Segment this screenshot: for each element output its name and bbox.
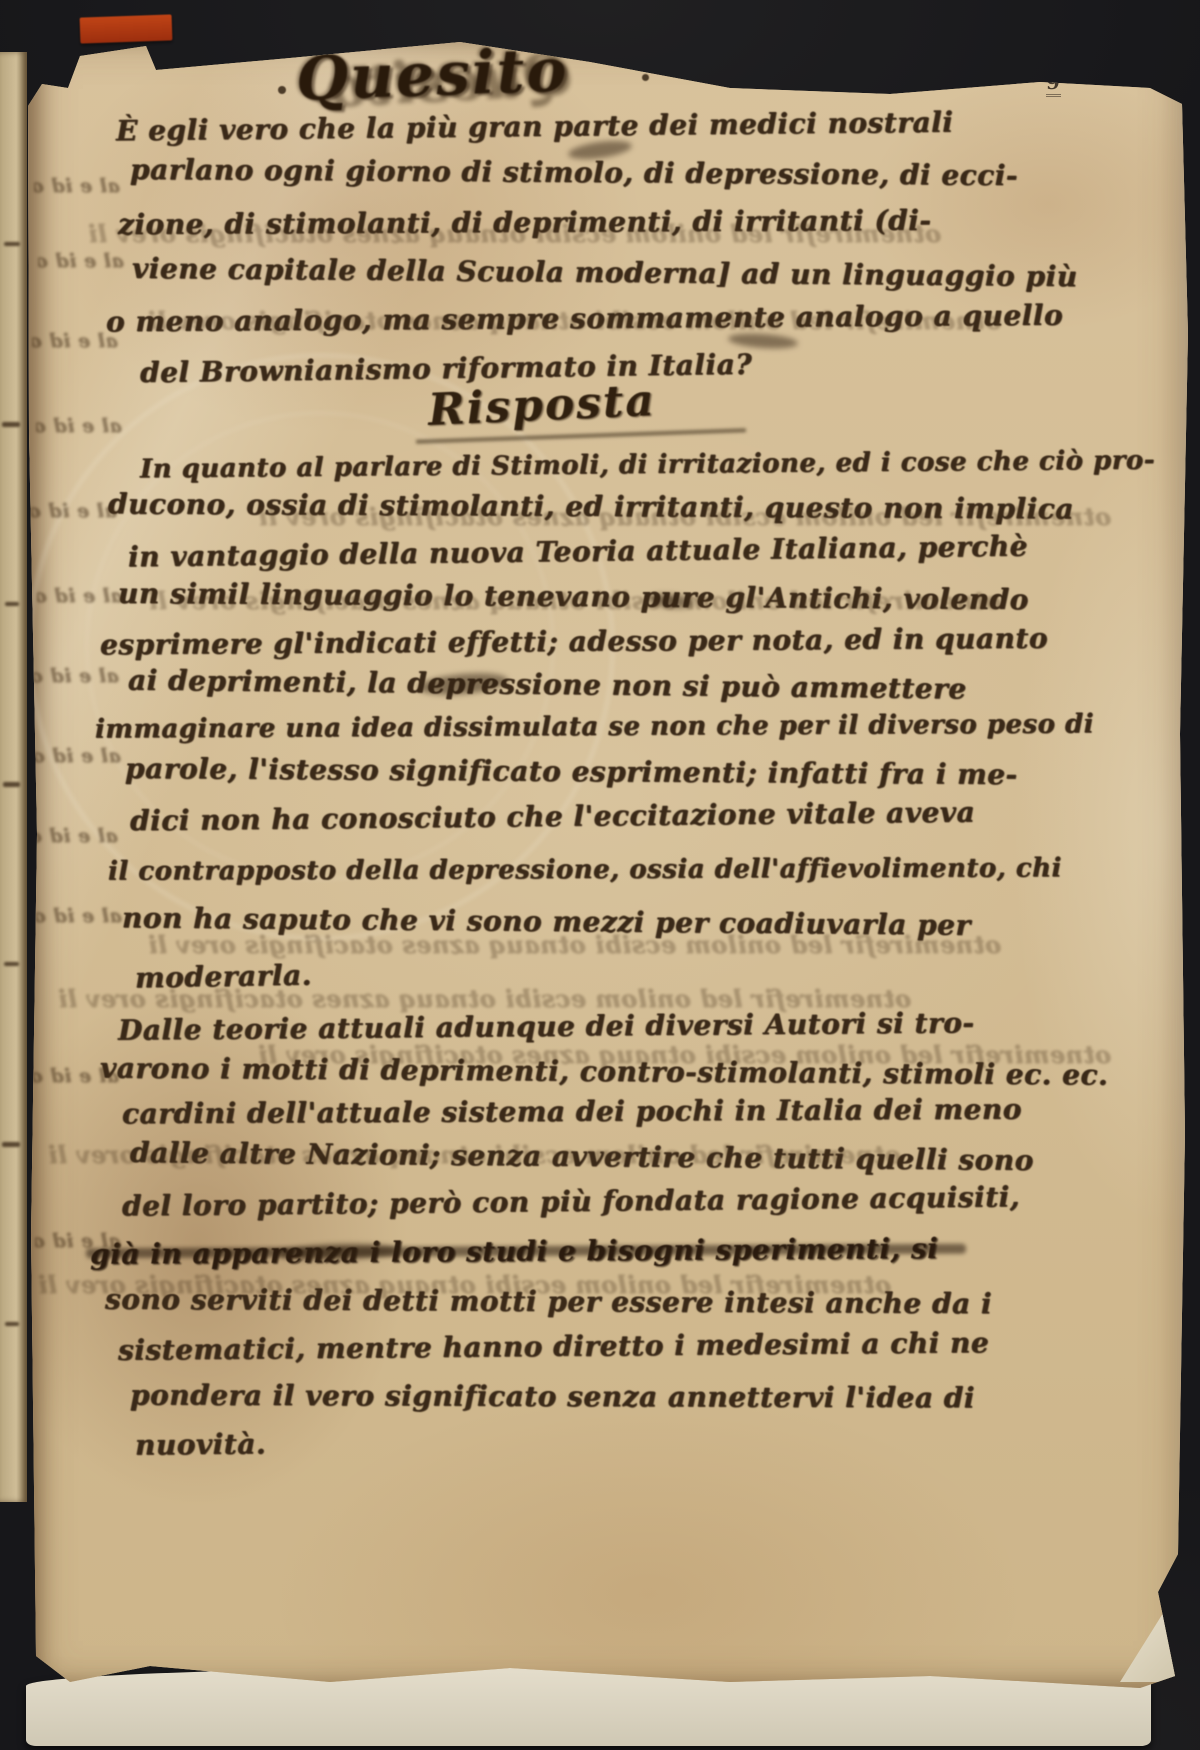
bleedthrough-line: otnemirefir led onilom ecsibi otnauq azn… [258,502,1111,531]
bleedthrough-line: otnemirefir led onilom ecsibi otnauq azn… [38,1270,891,1299]
manuscript-page: 9 Quesito Quesito È egli vero che la più… [28,34,1188,1696]
ink-mark [4,962,19,966]
manuscript-line: pondera il vero significato senza annett… [130,1379,975,1415]
margin-bleedthrough: al e id os [32,825,118,847]
bleedthrough-line: otnemirefir led onilom ecsibi otnauq azn… [88,219,941,248]
manuscript-line: esprimere gl'indicati effetti; adesso pe… [100,622,1048,662]
manuscript-line: viene capitale della Scuola moderna] ad … [132,252,1078,293]
margin-bleedthrough: al e id os [36,905,122,927]
margin-bleedthrough: al e id os [34,175,120,197]
ink-mark [3,782,20,787]
margin-bleedthrough: al e id os [31,500,117,522]
bleedthrough-line: otnemirefir led onilom ecsibi otnauq azn… [148,586,1001,615]
margin-bleedthrough: al e id os [35,1230,121,1252]
manuscript-line: parole, l'istesso significato esprimenti… [125,752,1018,791]
ink-mark [5,1322,19,1326]
bleedthrough-line: otnemirefir led onilom ecsibi otnauq azn… [148,306,1001,335]
manuscript-line: È egli vero che la più gran parte dei me… [116,106,954,148]
ink-mark [4,242,20,246]
bleedthrough-line: otnemirefir led onilom ecsibi otnauq azn… [48,1140,901,1169]
margin-bleedthrough: al e id os [33,1065,119,1087]
manuscript-line: sistematici, mentre hanno diretto i mede… [118,1326,989,1367]
response-heading: Risposta [427,375,657,436]
ink-mark [2,1142,20,1147]
underlying-sheet-edge [26,1668,1151,1746]
folded-corner [1120,1586,1180,1682]
margin-bleedthrough: al e id os [38,250,124,272]
document-title: Quesito [295,35,570,114]
bleedthrough-line: otnemirefir led onilom ecsibi otnauq azn… [58,984,911,1013]
flourish-dot [642,74,649,81]
bleedthrough-line: otnemirefir led onilom ecsibi otnauq azn… [148,930,1001,959]
ink-mark [5,602,19,606]
manuscript-line: del loro partito; però con più fondata r… [122,1180,1020,1222]
margin-bleedthrough: al e id os [36,415,122,437]
manuscript-line: cardini dell'attuale sistema dei pochi i… [122,1093,1022,1131]
manuscript-line: immaginare una idea dissimulata se non c… [95,709,1094,744]
margin-bleedthrough: al e id os [35,745,121,767]
red-binding-mark [80,14,173,43]
bleedthrough-line: otnemirefir led onilom ecsibi otnauq azn… [258,1040,1111,1069]
page-number: 9 [1046,70,1061,97]
manuscript-line: il contrapposto della depressione, ossia… [108,853,1062,886]
scan-background: 9 Quesito Quesito È egli vero che la più… [0,0,1200,1750]
margin-bleedthrough: al e id os [33,665,119,687]
manuscript-line: del Brownianismo riformato in Italia? [140,348,753,390]
ink-mark [2,422,20,427]
manuscript-line: parlano ogni giorno di stimolo, di depre… [130,153,1018,192]
margin-bleedthrough: al e id os [37,585,123,607]
margin-bleedthrough: al e id os [32,330,118,352]
flourish-dot [278,86,286,94]
manuscript-line: nuovità. [135,1427,266,1461]
adjacent-page-edge [0,52,27,1502]
